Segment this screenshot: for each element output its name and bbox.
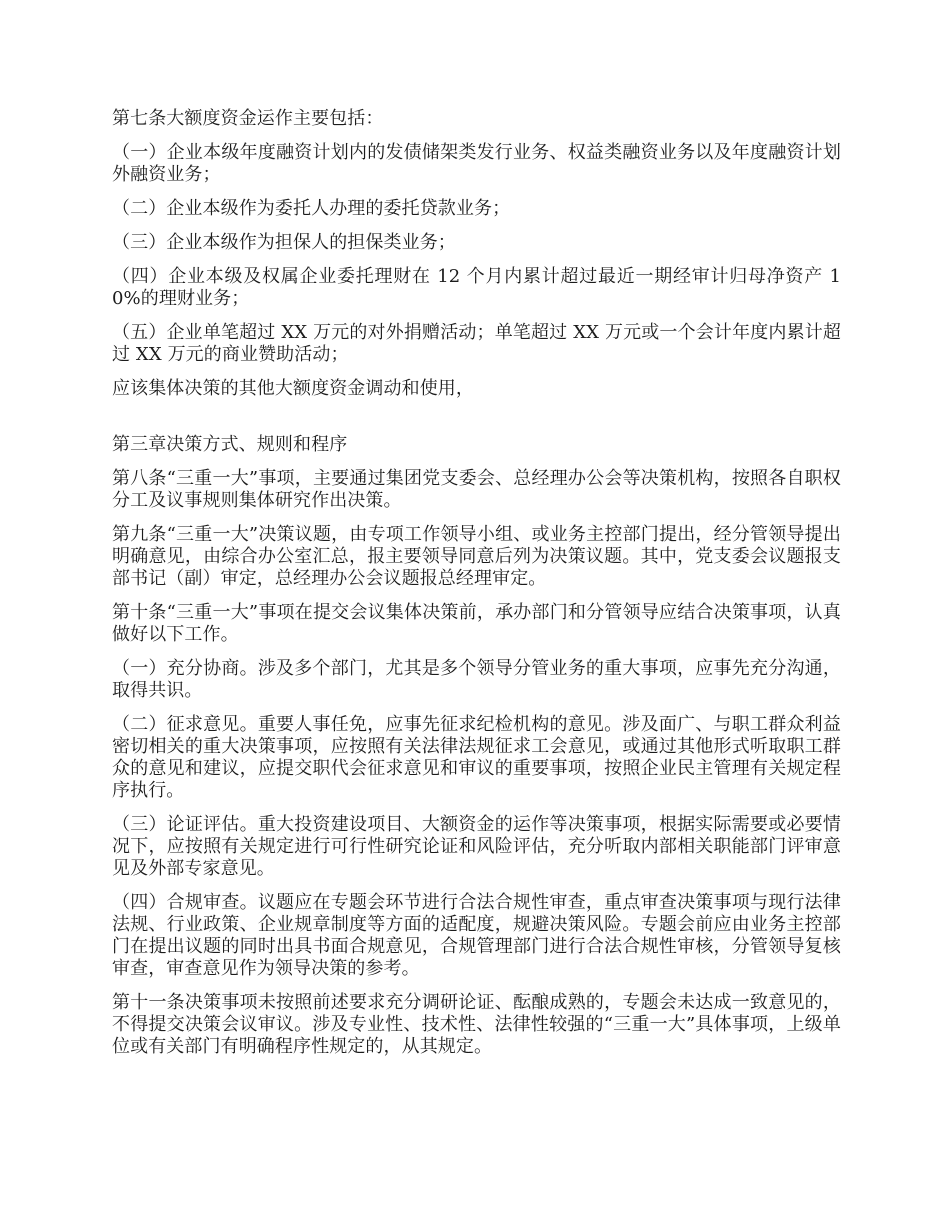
document-page: 第七条大额度资金运作主要包括：（一）企业本级年度融资计划内的发债储架类发行业务、… — [0, 0, 950, 1230]
article-11: 第十一条决策事项未按照前述要求充分调研论证、酝酿成熟的，专题会未达成一致意见的，… — [112, 992, 841, 1058]
article-10-item-2: （二）征求意见。重要人事任免，应事先征求纪检机构的意见。涉及面广、与职工群众利益… — [112, 714, 841, 802]
article-7-item-5: （五）企业单笔超过 XX 万元的对外捐赠活动；单笔超过 XX 万元或一个会计年度… — [112, 322, 841, 366]
article-7-item-2: （二）企业本级作为委托人办理的委托贷款业务； — [112, 198, 841, 220]
document-body-text: 第七条大额度资金运作主要包括：（一）企业本级年度融资计划内的发债储架类发行业务、… — [112, 108, 841, 1070]
article-10-item-4: （四）合规审查。议题应在专题会环节进行合法合规性审查，重点审查决策事项与现行法律… — [112, 892, 841, 980]
chapter-3-heading: 第三章决策方式、规则和程序 — [112, 434, 841, 456]
article-7-item-4: （四）企业本级及权属企业委托理财在 12 个月内累计超过最近一期经审计归母净资产… — [112, 266, 841, 310]
article-8: 第八条“三重一大”事项，主要通过集团党支委会、总经理办公会等决策机构，按照各自职… — [112, 468, 841, 512]
article-7-heading: 第七条大额度资金运作主要包括： — [112, 108, 841, 130]
article-9: 第九条“三重一大”决策议题，由专项工作领导小组、或业务主控部门提出，经分管领导提… — [112, 524, 841, 590]
article-7-item-3: （三）企业本级作为担保人的担保类业务； — [112, 232, 841, 254]
article-10-item-1: （一）充分协商。涉及多个部门，尤其是多个领导分管业务的重大事项，应事先充分沟通，… — [112, 658, 841, 702]
article-10: 第十条“三重一大”事项在提交会议集体决策前，承办部门和分管领导应结合决策事项，认… — [112, 602, 841, 646]
article-10-item-3: （三）论证评估。重大投资建设项目、大额资金的运作等决策事项，根据实际需要或必要情… — [112, 814, 841, 880]
article-7-item-1: （一）企业本级年度融资计划内的发债储架类发行业务、权益类融资业务以及年度融资计划… — [112, 142, 841, 186]
article-7-catchall: 应该集体决策的其他大额度资金调动和使用， — [112, 378, 841, 400]
